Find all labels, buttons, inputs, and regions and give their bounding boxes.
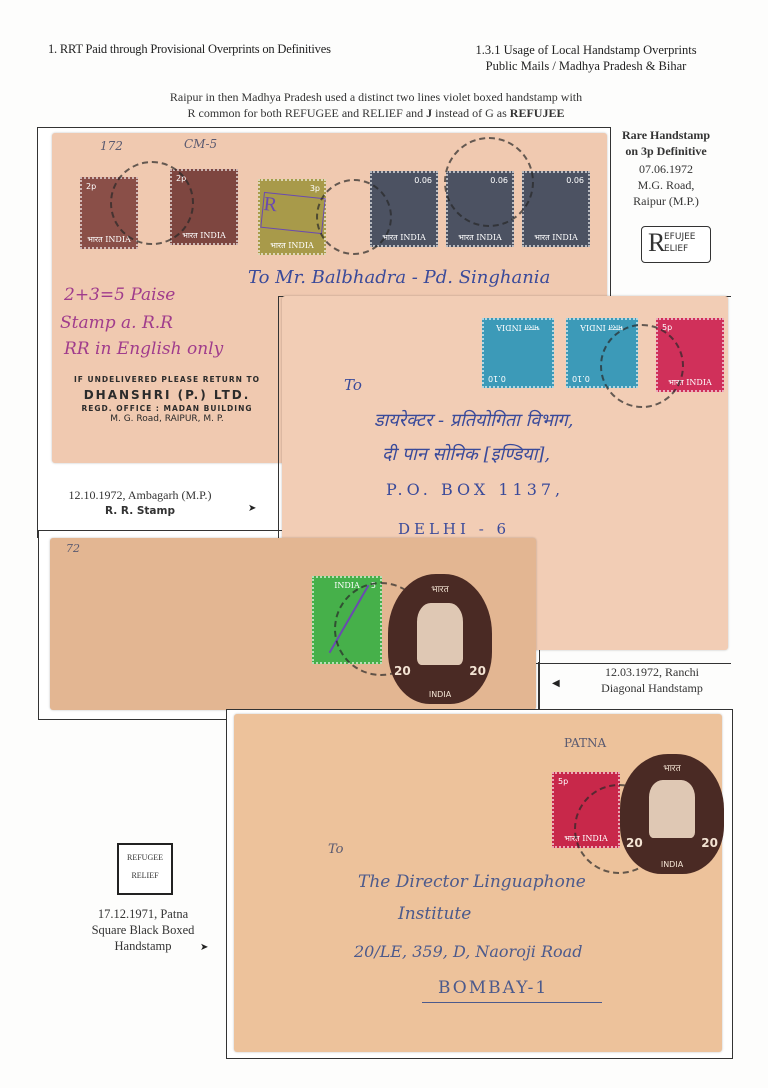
intro-line1: Raipur in then Madhya Pradesh used a dis…: [96, 89, 656, 105]
underline: [422, 1002, 602, 1003]
postmark: [316, 179, 392, 255]
postmark: [110, 161, 194, 245]
handwritten-note: Stamp a. R.R: [60, 313, 173, 333]
pencil-note: CM-5: [184, 137, 217, 151]
subsection-title-line1: 1.3.1 Usage of Local Handstamp Overprint…: [440, 42, 732, 58]
pencil-note: 72: [66, 542, 80, 555]
caption-ambagarh: 12.10.1972, Ambagarh (M.P.) R. R. Stamp: [40, 487, 240, 519]
arrow-right-icon: ➤: [248, 503, 256, 514]
address-line: 20/LE, 359, D, Naoroji Road: [354, 942, 582, 961]
caption-patna: 17.12.1971, Patna Square Black Boxed Han…: [76, 906, 210, 954]
addressee: To Mr. Balbhadra - Pd. Singhania: [248, 267, 550, 288]
address-line: BOMBAY-1: [438, 978, 548, 998]
handwritten-note: RR in English only: [64, 339, 223, 359]
subsection-title-line2: Public Mails / Madhya Pradesh & Bihar: [440, 58, 732, 74]
intro-text: Raipur in then Madhya Pradesh used a dis…: [96, 89, 656, 121]
address-line: दी पान सोनिक [इण्डिया],: [382, 442, 550, 466]
address-line: P.O. BOX 1137,: [386, 480, 564, 499]
ashoka-lion-icon: [649, 780, 695, 838]
caption-ranchi: 12.03.1972, Ranchi Diagonal Handstamp: [552, 664, 752, 696]
pencil-note: 172: [100, 139, 123, 153]
to-label: To: [328, 842, 344, 857]
embossed-20p-stamp: भारत 20 20 INDIA: [620, 754, 724, 874]
cover-4: PATNA 5p भारत INDIA भारत 20 20 INDIA To …: [234, 714, 722, 1052]
address-line: DELHI - 6: [398, 520, 510, 538]
embossed-20p-stamp: भारत 20 20 INDIA: [388, 574, 492, 704]
ashoka-lion-icon: [417, 603, 463, 665]
address-line: डायरेक्टर - प्रतियोगिता विभाग,: [374, 408, 573, 432]
return-address: IF UNDELIVERED PLEASE RETURN TO DHANSHRI…: [52, 375, 282, 424]
stamp-inverted-010: 0.10 भारत INDIA: [482, 318, 554, 388]
arrow-left-icon: ◀: [552, 678, 560, 689]
subsection-title: 1.3.1 Usage of Local Handstamp Overprint…: [440, 42, 732, 74]
handwritten-note: 2+3=5 Paise: [64, 285, 175, 305]
arrow-right-icon: ➤: [200, 942, 208, 953]
refujee-handstamp-illustration: R EFUJEE ELIEF: [641, 226, 711, 263]
caption-frame-2-divider: [538, 662, 539, 710]
intro-line2: R common for both REFUGEE and RELIEF and…: [96, 105, 656, 121]
postmark: [444, 137, 534, 227]
side-note-raipur: Rare Handstamp on 3p Definitive 07.06.19…: [614, 127, 718, 209]
cover-3: 72 5 INDIA भारत 20 20 INDIA: [50, 538, 536, 710]
postmark: [600, 324, 684, 408]
pencil-note: PATNA: [564, 736, 606, 750]
address-line: Institute: [398, 904, 471, 924]
refugee-relief-handstamp-illustration: REFUGEE RELIEF: [117, 843, 173, 895]
to-label: To: [344, 376, 362, 394]
section-title: 1. RRT Paid through Provisional Overprin…: [48, 42, 331, 57]
address-line: The Director Linguaphone: [358, 872, 586, 892]
